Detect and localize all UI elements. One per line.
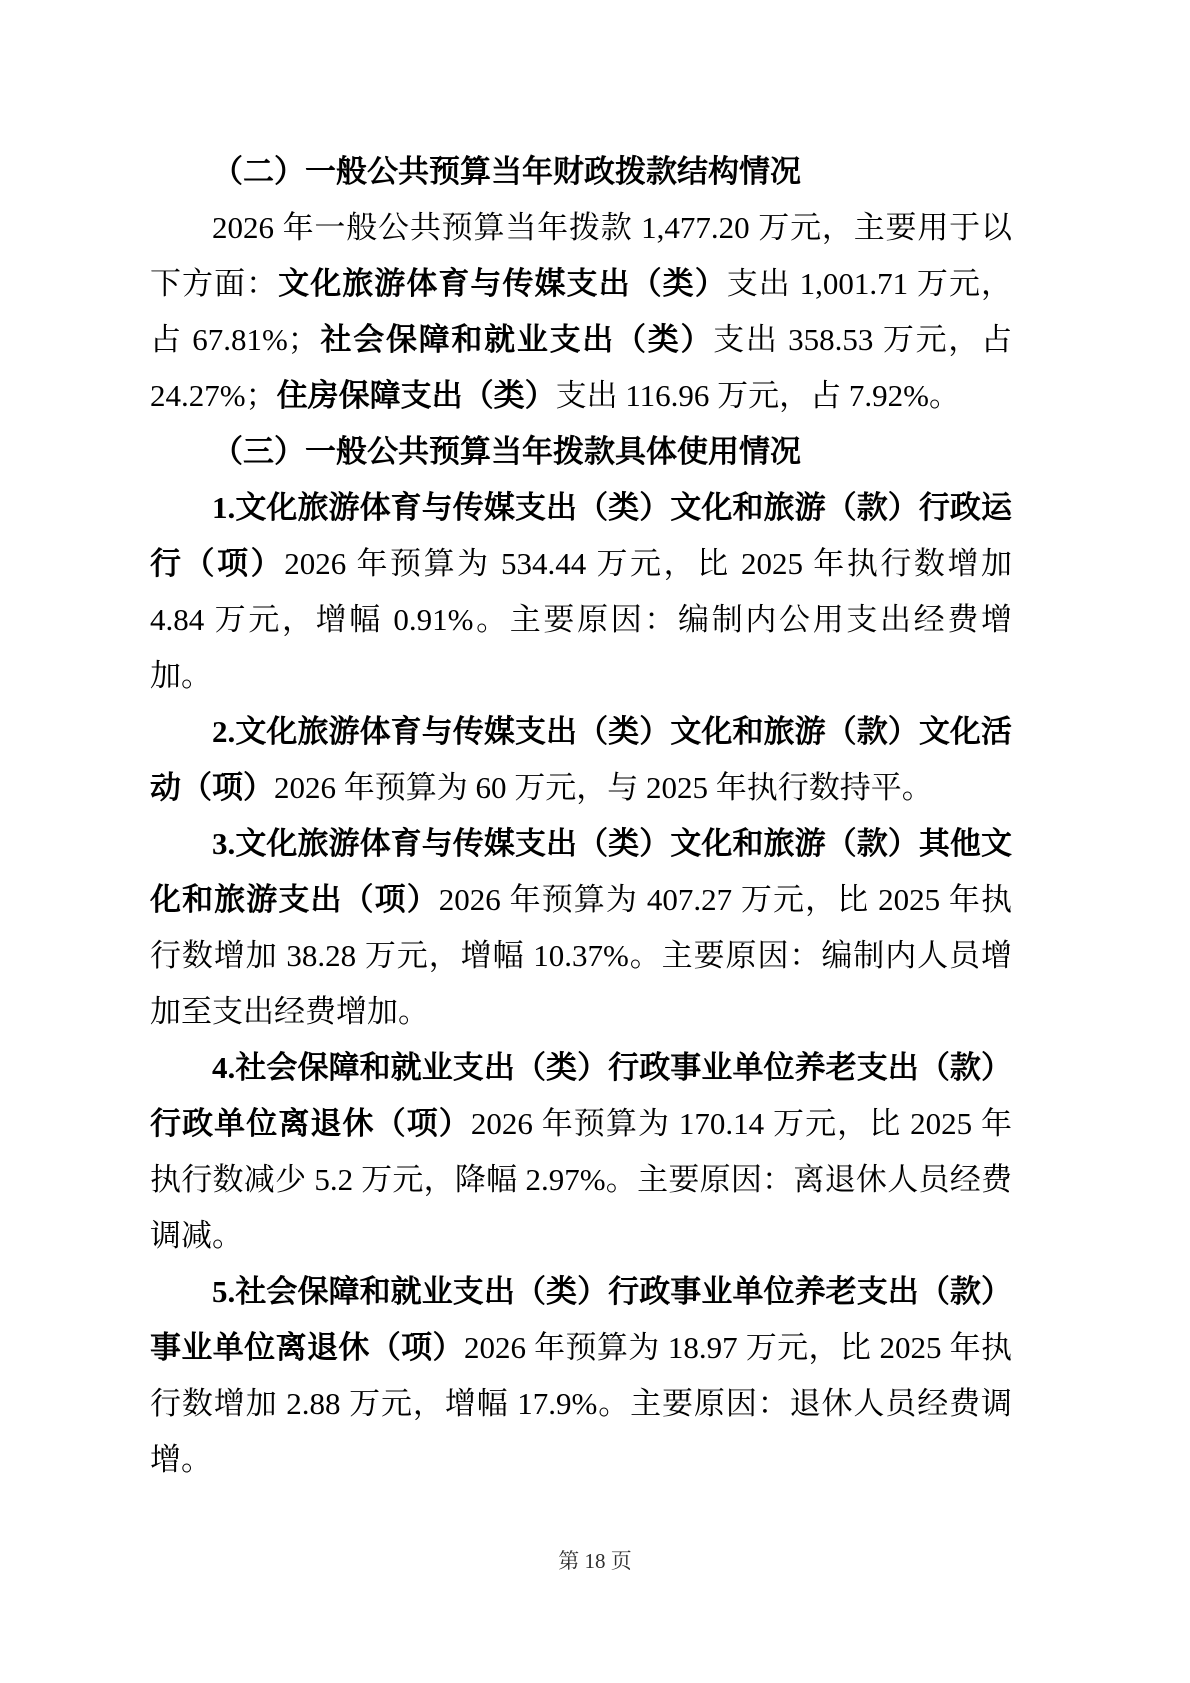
paragraph-budget-item-5: 5.社会保障和就业支出（类）行政事业单位养老支出（款）事业单位离退休（项）202… bbox=[150, 1264, 1012, 1488]
document-page: （二）一般公共预算当年财政拨款结构情况 2026 年一般公共预算当年拨款 1,4… bbox=[0, 0, 1190, 1683]
document-body: （二）一般公共预算当年财政拨款结构情况 2026 年一般公共预算当年拨款 1,4… bbox=[150, 144, 1012, 1488]
page-number: 第 18 页 bbox=[558, 1549, 632, 1573]
paragraph-budget-overview: 2026 年一般公共预算当年拨款 1,477.20 万元，主要用于以下方面：文化… bbox=[150, 200, 1012, 424]
paragraph-budget-item-1: 1.文化旅游体育与传媒支出（类）文化和旅游（款）行政运行（项）2026 年预算为… bbox=[150, 480, 1012, 704]
page-footer: 第 18 页 bbox=[0, 1546, 1190, 1576]
text-run-bold: 社会保障和就业支出（类） bbox=[319, 322, 713, 357]
text-run-bold: 文化旅游体育与传媒支出（类） bbox=[278, 266, 727, 301]
paragraph-budget-item-2: 2.文化旅游体育与传媒支出（类）文化和旅游（款）文化活动（项）2026 年预算为… bbox=[150, 704, 1012, 816]
text-run-bold: 住房保障支出（类） bbox=[277, 378, 556, 413]
paragraph-budget-item-3: 3.文化旅游体育与传媒支出（类）文化和旅游（款）其他文化和旅游支出（项）2026… bbox=[150, 816, 1012, 1040]
item-body: 2026 年预算为 60 万元，与 2025 年执行数持平。 bbox=[274, 770, 933, 805]
section-heading-usage-details: （三）一般公共预算当年拨款具体使用情况 bbox=[150, 424, 1012, 480]
paragraph-budget-item-4: 4.社会保障和就业支出（类）行政事业单位养老支出（款）行政单位离退休（项）202… bbox=[150, 1040, 1012, 1264]
text-run: 支出 116.96 万元，占 7.92%。 bbox=[556, 378, 960, 413]
section-heading-fiscal-structure: （二）一般公共预算当年财政拨款结构情况 bbox=[150, 144, 1012, 200]
